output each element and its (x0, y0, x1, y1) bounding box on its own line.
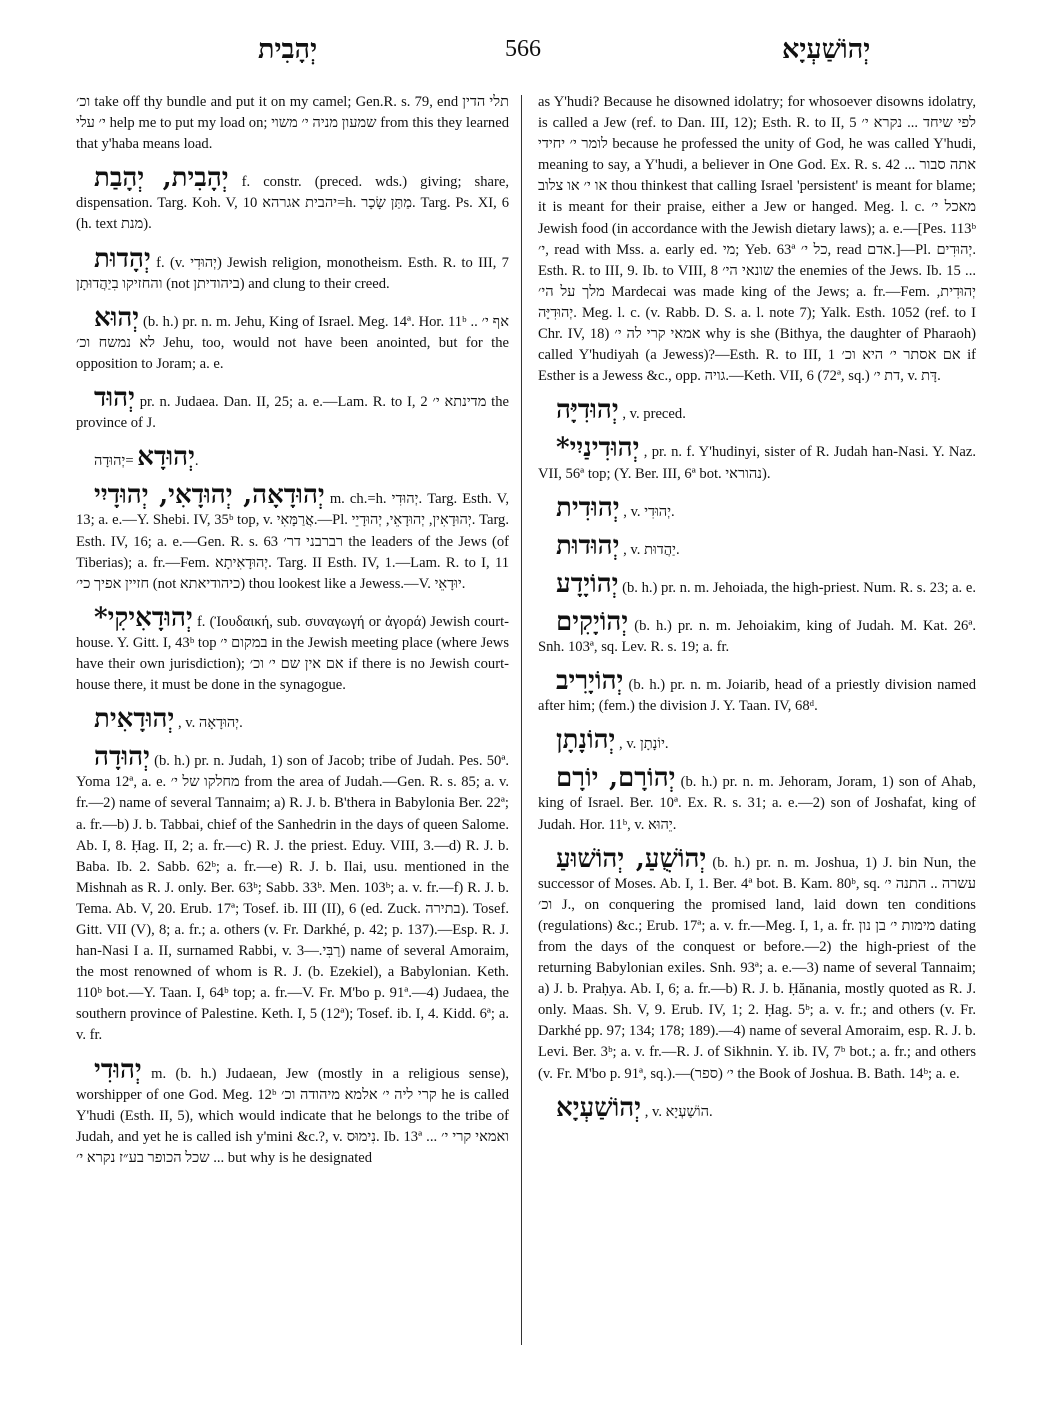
dictionary-entry: יְהוּד pr. n. Judaea. Dan. II, 25; a. e.… (76, 385, 509, 434)
entry-lemma: *יְהוּדָאִיקִי (94, 603, 193, 633)
left-running-headword: יְהָבִית (258, 34, 317, 65)
dictionary-entry: יְהוֹיָקִים (b. h.) pr. n. m. Jehoiakim,… (538, 609, 976, 658)
entry-lemma: יְהוּדִי (94, 1055, 142, 1085)
entry-text: , v. הוֹשַׁעְיָא. (645, 1104, 713, 1120)
entry-lemma: יְהוּד (94, 383, 135, 413)
dictionary-entry: יְהוֹיָדָע (b. h.) pr. n. m. Jehoiada, t… (538, 571, 976, 599)
dictionary-entry: יְהָדוּת f. (v. יְהוּדִי) Jewish religio… (76, 246, 509, 295)
entry-continuation: וכ׳ take off thy bundle and put it on my… (76, 92, 509, 155)
dictionary-entry: *יְהוּדָאִיקִי f. (Ἰουδαική, sub. συναγω… (76, 605, 509, 696)
entry-text: , v. יוֹנָתָן. (619, 736, 669, 752)
dictionary-entry: יְהוֹיָרִיב (b. h.) pr. n. m. Joiarib, h… (538, 668, 976, 717)
dictionary-entry: יְהוּדִי m. (b. h.) Judaean, Jew (mostly… (76, 1057, 509, 1169)
entry-lemma: יְהוֹשֻׁעַ, יְהוֹשׁוּעַ (556, 844, 706, 874)
entry-lemma: יְהוֹיָדָע (556, 569, 618, 599)
entry-lemma: יְהוֹרָם, יוֹרָם (556, 763, 675, 793)
dictionary-entry: יְהוּדָה (b. h.) pr. n. Judah, 1) son of… (76, 744, 509, 1046)
entry-text: , v. יְהוּדִי. (623, 504, 674, 520)
entry-lemma: יְהוֹיָרִיב (556, 666, 623, 696)
entry-text: as Y'hudi? Because he disowned idolatry;… (538, 94, 976, 384)
dictionary-entry: יְהוֹשֻׁעַ, יְהוֹשׁוּעַ (b. h.) pr. n. m… (538, 846, 976, 1085)
entry-text: (b. h.) pr. n. m. Jehu, King of Israel. … (76, 314, 509, 372)
dictionary-entry: יְהוּדִיָּה , v. preced. (538, 397, 976, 425)
entry-lemma: יְהוּדִיָּה (556, 395, 619, 425)
dictionary-entry: יְהוּדִית , v. יְהוּדִי. (538, 495, 976, 523)
entry-text: (b. h.) pr. n. m. Jehoiada, the high-pri… (622, 580, 976, 596)
entry-lemma: יְהוֹשַׁעְיָא (556, 1093, 641, 1123)
dictionary-entry: *יְהוּדִינַיִי , pr. n. f. Y'hudinyi, si… (538, 435, 976, 484)
entry-text: , v. preced. (622, 406, 685, 422)
right-running-headword: יְהוֹשַׁעְיָא (782, 34, 870, 65)
entry-text: , v. יַהֲדוּת. (623, 542, 679, 558)
entry-lemma: יְהוֹיָקִים (556, 607, 628, 637)
entry-text: (b. h.) pr. n. Judah, 1) son of Jacob; t… (76, 753, 509, 1043)
dictionary-entry: יְהוּדָא =יְהוּדָה. (76, 444, 509, 472)
entry-lemma: *יְהוּדִינַיִי (556, 433, 639, 463)
dictionary-entry: יְהוּדוּת , v. יַהֲדוּת. (538, 533, 976, 561)
entry-lemma: יְהוּדָאָה, יְהוּדָאִי, יְהוּדָיִי (94, 480, 325, 510)
entry-lemma: יְהוּדָא (137, 442, 195, 472)
entry-lemma: יְהוּדָה (94, 742, 150, 772)
dictionary-entry: יְהוּדָאִית , v. יְהוּדָאָה. (76, 706, 509, 734)
entry-lemma: יְהוּדִית (556, 493, 620, 523)
entry-text: (b. h.) pr. n. m. Joshua, 1) J. bin Nun,… (538, 855, 976, 1082)
page-header: יְהָבִית 566 יְהוֹשַׁעְיָא (0, 30, 1050, 70)
entry-lemma: יְהוּדוּת (556, 531, 619, 561)
entry-lemma: יְהוּא (94, 303, 139, 333)
dictionary-entry: יְהוּדָאָה, יְהוּדָאִי, יְהוּדָיִי m. ch… (76, 482, 509, 594)
dictionary-entry: יְהוֹנָתָן , v. יוֹנָתָן. (538, 727, 976, 755)
entry-text: , v. יְהוּדָאָה. (178, 715, 243, 731)
column-divider (521, 95, 522, 1345)
dictionary-entry: יְהוּא (b. h.) pr. n. m. Jehu, King of I… (76, 305, 509, 375)
entry-lemma: יְהָבִית, יְהָבַת (94, 163, 229, 193)
entry-text: וכ׳ take off thy bundle and put it on my… (76, 94, 509, 152)
dictionary-entry: יְהוֹרָם, יוֹרָם (b. h.) pr. n. m. Jehor… (538, 765, 976, 835)
right-column: as Y'hudi? Because he disowned idolatry;… (538, 92, 976, 1133)
dictionary-entry: יְהוֹשַׁעְיָא , v. הוֹשַׁעְיָא. (538, 1095, 976, 1123)
entry-lemma: יְהָדוּת (94, 244, 151, 274)
left-column: וכ׳ take off thy bundle and put it on my… (76, 92, 509, 1179)
entry-continuation: as Y'hudi? Because he disowned idolatry;… (538, 92, 976, 387)
entry-lemma: יְהוּדָאִית (94, 704, 174, 734)
dictionary-entry: יְהָבִית, יְהָבַת f. constr. (preced. wd… (76, 165, 509, 235)
page-number: 566 (505, 36, 541, 63)
entry-text: pr. n. Judaea. Dan. II, 25; a. e.—Lam. R… (76, 394, 509, 431)
entry-lemma: יְהוֹנָתָן (556, 725, 615, 755)
